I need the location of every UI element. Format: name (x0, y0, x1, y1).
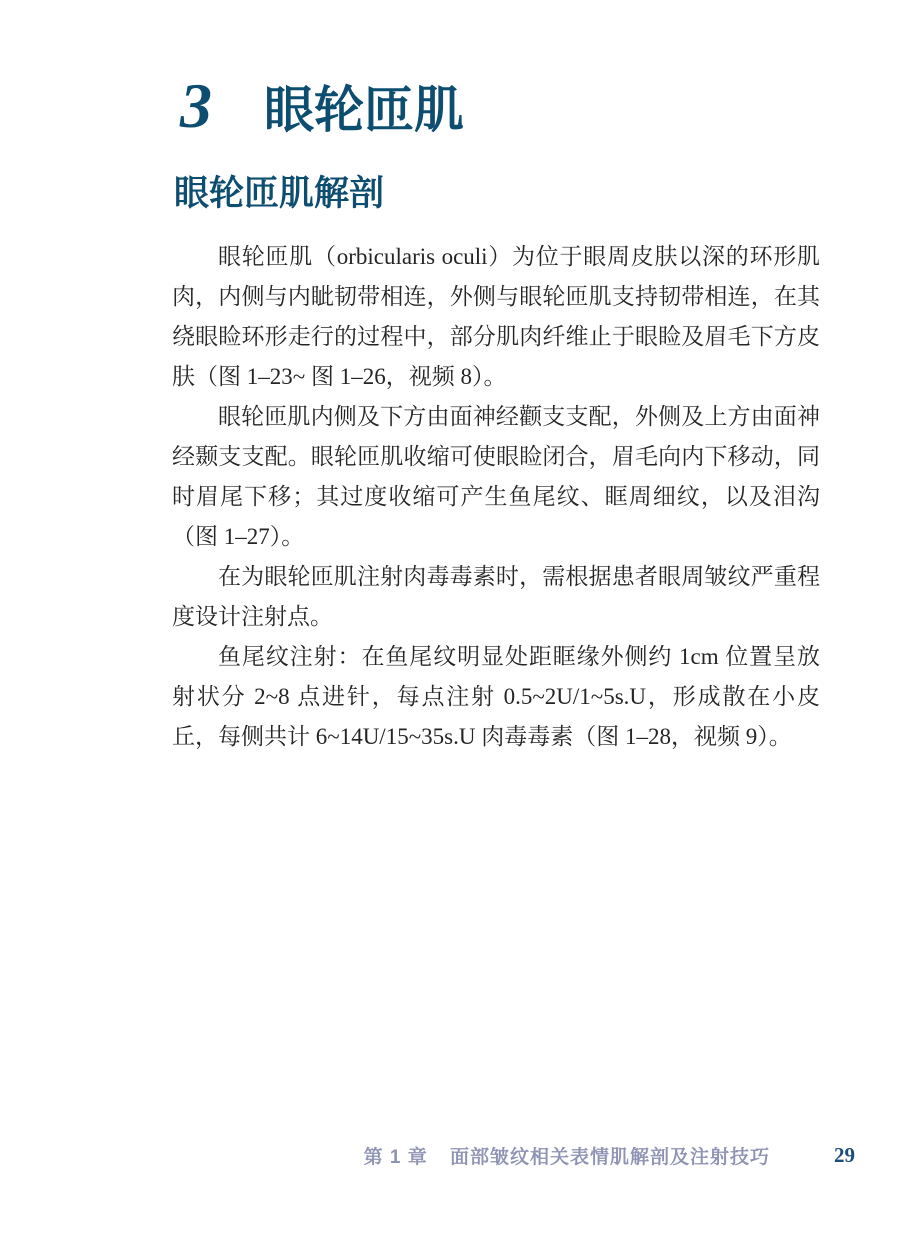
chapter-number: 3 (180, 74, 212, 138)
section-heading: 眼轮匝肌解剖 (174, 176, 384, 213)
body-paragraph: 眼轮匝肌内侧及下方由面神经颧支支配，外侧及上方由面神经颞支支配。眼轮匝肌收缩可使… (172, 397, 820, 557)
book-page: 3 眼轮匝肌 眼轮匝肌解剖 眼轮匝肌（orbicularis oculi）为位于… (0, 0, 900, 1245)
footer-chapter-info: 第 1 章 面部皱纹相关表情肌解剖及注射技巧 (364, 1142, 770, 1169)
chapter-heading: 3 眼轮匝肌 (180, 74, 464, 138)
body-text: 眼轮匝肌（orbicularis oculi）为位于眼周皮肤以深的环形肌肉，内侧… (172, 237, 820, 757)
footer-chapter-label: 第 1 章 (364, 1147, 428, 1168)
chapter-title: 眼轮匝肌 (264, 83, 464, 138)
footer-chapter-title: 面部皱纹相关表情肌解剖及注射技巧 (450, 1147, 770, 1168)
body-paragraph: 眼轮匝肌（orbicularis oculi）为位于眼周皮肤以深的环形肌肉，内侧… (172, 237, 820, 397)
page-number: 29 (834, 1143, 855, 1168)
body-paragraph: 鱼尾纹注射：在鱼尾纹明显处距眶缘外侧约 1cm 位置呈放射状分 2~8 点进针，… (172, 637, 820, 757)
page-footer: 第 1 章 面部皱纹相关表情肌解剖及注射技巧 29 (172, 1141, 855, 1169)
body-paragraph: 在为眼轮匝肌注射肉毒毒素时，需根据患者眼周皱纹严重程度设计注射点。 (172, 557, 820, 637)
